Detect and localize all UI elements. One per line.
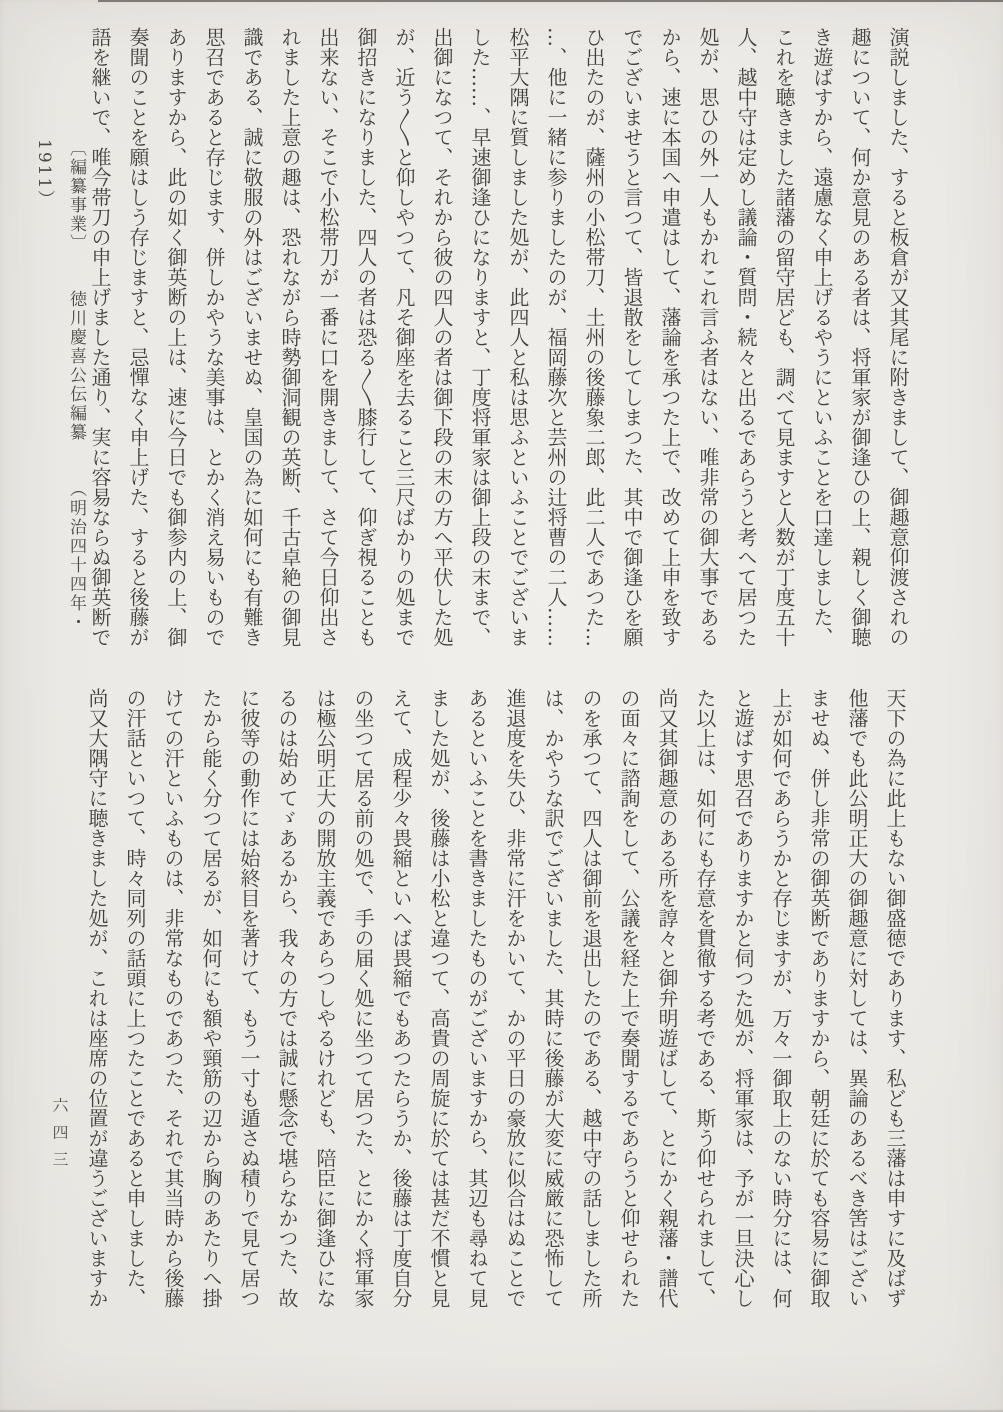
text-column: えて、成程少々畏縮といへば畏縮でもあつたらうか、後藤は丁度自分 [382, 688, 420, 1324]
text-column: は極公明正大の開放主義であらつしやるけれども、陪臣に御逢ひにな [306, 688, 344, 1324]
text-column: が、近う〳〵と仰しやつて、凡そ御座を去ること三尺ばかりの処まで [385, 27, 423, 663]
text-column: ました処が、後藤は小松と違つて、高貴の周旋に於ては甚だ不慣と見 [420, 688, 458, 1324]
text-column: のを承つて、四人は御前を退出したのである、越中守の話しました所 [572, 688, 610, 1324]
text-column: るのは始めてゞあるから、我々の方では誠に懸念で堪らなかつた、故 [268, 688, 306, 1324]
text-column: の汗話といつて、時々同列の話頭に上つたことであると申しました、 [116, 688, 154, 1324]
text-column: れました上意の趣は、恐れながら時勢御洞観の英断、千古卓絶の御見 [271, 27, 309, 663]
text-column: 上が如何であらうかと存じますが、万々一御取上のない時分には、何 [762, 688, 800, 1324]
text-column: ありますから、此の如く御英断の上は、速に今日でも御参内の上、御 [157, 27, 195, 663]
caption-title: 徳川慶喜公伝編纂 [66, 290, 86, 442]
text-column: 思召であると存じます、併しかやうな美事は、とかく消え易いもので [195, 27, 233, 663]
text-column: 出御になつて、それから彼の四人の者は御下段の末の方へ平伏した処 [423, 27, 461, 663]
text-column: の坐つて居る前の処で、手の届く処に坐つて居つた、とにかく将軍家 [344, 688, 382, 1324]
text-column: 尚又大隅守に聴きました処が、これは座席の位置が違うございますか [78, 688, 116, 1324]
scanned-book-page: 演説しました、すると板倉が又其尾に附きまして、御趣意仰渡されの趣について、何か意… [0, 0, 1003, 1412]
text-column: と遊ばす思召でありますかと伺つた処が、将軍家は、予が一旦決心し [724, 688, 762, 1324]
text-column: でございませうと言つて、皆退散をしてしまつた、其中で御逢ひを願 [613, 27, 651, 663]
text-column: たから能く分つて居るが、如何にも額や頸筋の辺から胸のあたりへ掛 [192, 688, 230, 1324]
text-column: …、他に一緒に参りましたのが、福岡藤次と芸州の辻将曹の二人…… [537, 27, 575, 663]
text-column: けての汗といふものは、非常なものであつた、それで其当時から後藤 [154, 688, 192, 1324]
text-column: 出来ない、そこで小松帯刀が一番に口を開きまして、さて今日仰出さ [309, 27, 347, 663]
text-column: これを聴きました諸藩の留守居ども、調べて見ますと人数が丁度五十 [765, 27, 803, 663]
text-column: 識である、誠に敬服の外はございませぬ、皇国の為に如何にも有難き [233, 27, 271, 663]
text-column: 松平大隅に質しました処が、此四人と私は思ふといふことでございま [499, 27, 537, 663]
text-column: た以上は、如何にも存意を貫徹する考である、斯う仰せられまして、 [686, 688, 724, 1324]
caption-bracket-label: 〔編纂事業〕 [66, 139, 86, 253]
text-column: の面々に諮詢をして、公議を経た上で奏聞するであらうと仰せられた [610, 688, 648, 1324]
text-column: ませぬ、併し非常の御英断でありますから、朝廷に於ても容易に御取 [800, 688, 838, 1324]
text-column: 趣について、何か意見のある者は、将軍家が御逢ひの上、親しく御聴 [841, 27, 879, 663]
text-column: は、かやうな訳でございました、其時に後藤が大変に威厳に恐怖して [534, 688, 572, 1324]
text-column: した……、早速御逢ひになりますと、丁度将軍家は御上段の末まで、 [461, 27, 499, 663]
text-column: 御招きになりました、四人の者は恐る〳〵膝行して、仰ぎ視ることも [347, 27, 385, 663]
text-column: 進退度を失ひ、非常に汗をかいて、かの平日の豪放に似合はぬことで [496, 688, 534, 1324]
text-column: に彼等の動作には始終目を著けて、もう一寸も遁さぬ積りで見て居つ [230, 688, 268, 1324]
text-column: 他藩でも此公明正大の御趣意に対しては、異論のあるべき筈はござい [838, 688, 876, 1324]
scan-edge-artifact-top [98, 0, 1003, 2]
page-number: 六四三 [48, 1097, 71, 1178]
text-column: から、速に本国へ申遣はして、藩論を承つた上で、改めて上申を致す [651, 27, 689, 663]
text-column: 人、越中守は定めし議論・質問・続々と出るであらうと考へて居つた [727, 27, 765, 663]
text-column: 天下の為に此上もない御盛徳であります、私ども三藩は申すに及ばず [876, 688, 914, 1324]
text-column: ひ出たのが、薩州の小松帯刀、土州の後藤象二郎、此二人であつた… [575, 27, 613, 663]
text-column: あるといふことを書きましたものがございますから、其辺も尋ねて見 [458, 688, 496, 1324]
text-column: 尚又其御趣意のある所を諄々と御弁明遊ばして、とにかく親藩・譜代 [648, 688, 686, 1324]
text-column: 処が、思ひの外一人もかれこれ言ふ者はない、唯非常の御大事である [689, 27, 727, 663]
text-column: 演説しました、すると板倉が又其尾に附きまして、御趣意仰渡されの [879, 27, 917, 663]
text-column: き遊ばすから、遠慮なく申上げるやうにといふことを口達しました、 [803, 27, 841, 663]
upper-text-block: 演説しました、すると板倉が又其尾に附きまして、御趣意仰渡されの趣について、何か意… [81, 27, 917, 663]
text-column: 奏聞のことを願はしう存じますと、忌憚なく申上げた、すると後藤が [119, 27, 157, 663]
lower-text-block: 天下の為に此上もない御盛徳であります、私ども三藩は申すに及ばず他藩でも此公明正大… [78, 688, 914, 1324]
edition-caption: 〔編纂事業〕 徳川慶喜公伝編纂 （明治四十四年・1911） [28, 139, 92, 659]
